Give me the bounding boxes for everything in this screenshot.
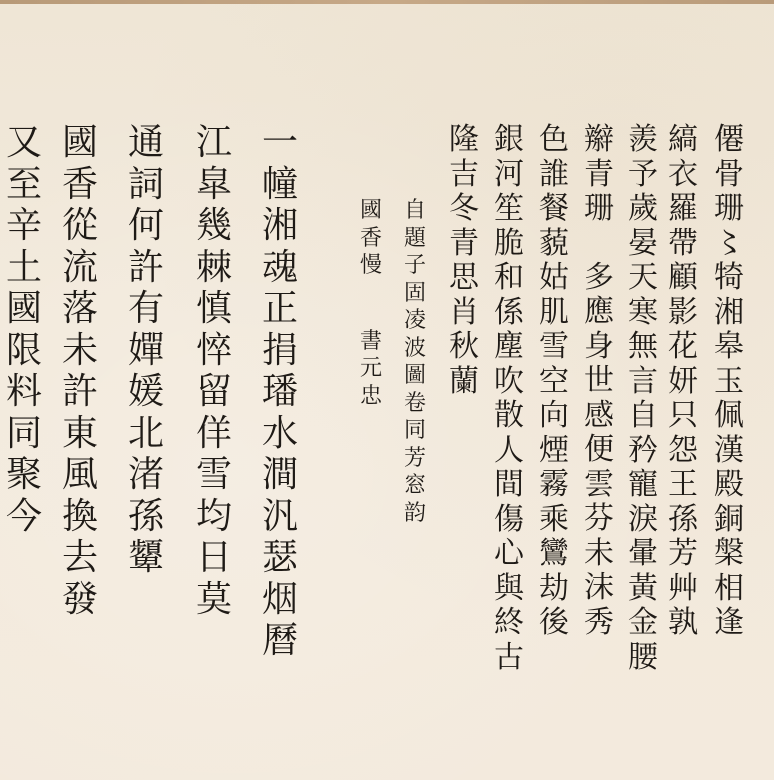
character: 予 [628, 160, 658, 195]
character: 花 [668, 332, 698, 367]
character: 傷 [494, 505, 524, 540]
character: 乘 [539, 505, 569, 540]
character: 世 [584, 366, 614, 401]
character: 羨 [628, 125, 658, 160]
character: 應 [584, 297, 614, 332]
character: 汎 [262, 499, 298, 541]
character: 腰 [628, 643, 658, 678]
character: 芬 [584, 504, 614, 539]
character: 空 [539, 367, 569, 402]
text-column: 銀河笙脆和係塵吹散人間傷心與終古 [494, 125, 524, 677]
text-column: 自題子固凌波圖卷同芳窓韵 [404, 200, 426, 530]
character: 王 [668, 470, 698, 505]
character: 澗 [262, 457, 298, 499]
character: 捐 [262, 333, 298, 375]
character: 犄 [714, 263, 744, 298]
character: 未 [584, 539, 614, 574]
text-column: 縞衣羅帶顧影花妍只怨王孫芳艸孰 [668, 125, 698, 643]
character: 發 [62, 582, 98, 624]
character: 忠 [360, 386, 382, 414]
character: 姑 [539, 263, 569, 298]
character: 只 [668, 401, 698, 436]
character: 黃 [628, 574, 658, 609]
character: 間 [494, 470, 524, 505]
character: 皐 [196, 167, 232, 209]
character: 許 [62, 374, 98, 416]
character: 槃 [714, 539, 744, 574]
text-column: 辮青珊多應身世感便雲芬未沫秀 [584, 125, 614, 642]
character: 香 [62, 167, 98, 209]
character: 國 [6, 291, 42, 333]
character: 同 [6, 416, 42, 458]
character: 逢 [714, 608, 744, 643]
character: 曆 [262, 623, 298, 665]
character: 一 [262, 125, 298, 167]
character: 寒 [628, 298, 658, 333]
character: 幾 [196, 208, 232, 250]
character: 思 [449, 263, 479, 298]
character: 孰 [668, 608, 698, 643]
character: 未 [62, 333, 98, 375]
character: 從 [62, 208, 98, 250]
character: 皋 [714, 332, 744, 367]
character: 凌 [404, 310, 426, 338]
character: 雪 [539, 332, 569, 367]
character: 青 [584, 160, 614, 195]
character: 心 [494, 539, 524, 574]
character: 棘 [196, 250, 232, 292]
character: 芳 [668, 539, 698, 574]
character: 湘 [262, 208, 298, 250]
character: 僊 [714, 125, 744, 160]
character: 聚 [6, 457, 42, 499]
character: 窓 [404, 475, 426, 503]
character: 衣 [668, 160, 698, 195]
text-column: 僊骨珊〻犄湘皋玉佩漢殿銅槃相逢 [714, 125, 744, 643]
character: 有 [128, 291, 164, 333]
text-column: 江皐幾棘慎悴留佯雪均日莫 [196, 125, 232, 623]
character: 瑟 [262, 540, 298, 582]
character: 青 [449, 229, 479, 264]
character: 正 [262, 291, 298, 333]
character: 縞 [668, 125, 698, 160]
character: 向 [539, 401, 569, 436]
character: 肖 [449, 298, 479, 333]
text-column: 色誰餐藐姑肌雪空向煙霧乘鸞劫後 [539, 125, 569, 643]
character: 自 [628, 401, 658, 436]
character: 沫 [584, 573, 614, 608]
character: 古 [494, 643, 524, 678]
character: 鸞 [539, 539, 569, 574]
character: 金 [628, 608, 658, 643]
character: 東 [62, 416, 98, 458]
character: 元 [360, 358, 382, 386]
character: 至 [6, 167, 42, 209]
character: 河 [494, 160, 524, 195]
character: 珊 [584, 194, 614, 229]
character: 蘭 [449, 367, 479, 402]
character: 渚 [128, 457, 164, 499]
character: 落 [62, 291, 98, 333]
character: 珊 [714, 194, 744, 229]
character: 自 [404, 200, 426, 228]
character: 艸 [668, 574, 698, 609]
character: 辛 [6, 208, 42, 250]
character: 佩 [714, 401, 744, 436]
character: 秀 [584, 608, 614, 643]
character: 孫 [668, 505, 698, 540]
text-column: 隆吉冬青思肖秋蘭 [449, 125, 479, 401]
character: 藐 [539, 229, 569, 264]
character: 多 [584, 263, 614, 298]
character: 均 [196, 499, 232, 541]
character: 無 [628, 332, 658, 367]
character: 同 [404, 420, 426, 448]
character: 怨 [668, 436, 698, 471]
character: 淚 [628, 505, 658, 540]
character: 書 [360, 331, 382, 359]
character: 卷 [404, 393, 426, 421]
character: 土 [6, 250, 42, 292]
character: 雲 [584, 470, 614, 505]
character: 北 [128, 416, 164, 458]
character: 烟 [262, 582, 298, 624]
character: 終 [494, 608, 524, 643]
text-column: 國香慢書元忠 [360, 200, 382, 413]
character: 辮 [584, 125, 614, 160]
character: 香 [360, 228, 382, 256]
character: 今 [6, 499, 42, 541]
character: 通 [128, 125, 164, 167]
character: 脆 [494, 229, 524, 264]
character: 江 [196, 125, 232, 167]
character: 璠 [262, 374, 298, 416]
character: 國 [360, 200, 382, 228]
character: 水 [262, 416, 298, 458]
character: 誰 [539, 160, 569, 195]
character: 子 [404, 255, 426, 283]
character: 佯 [196, 416, 232, 458]
character: 身 [584, 332, 614, 367]
character: 吉 [449, 160, 479, 195]
text-column: 國香從流落未許東風換去發 [62, 125, 98, 623]
character: 限 [6, 333, 42, 375]
text-column: 通詞何許有嬋媛北渚孫顰 [128, 125, 164, 582]
character: 天 [628, 263, 658, 298]
character: 便 [584, 435, 614, 470]
character: 何 [128, 208, 164, 250]
character: 銅 [714, 505, 744, 540]
character: 霧 [539, 470, 569, 505]
character: 孫 [128, 499, 164, 541]
character: 影 [668, 298, 698, 333]
character: 係 [494, 298, 524, 333]
character: 相 [714, 574, 744, 609]
character: 題 [404, 228, 426, 256]
character: 日 [196, 540, 232, 582]
character: 顰 [128, 540, 164, 582]
character: 幢 [262, 167, 298, 209]
character: 料 [6, 374, 42, 416]
character: 秋 [449, 332, 479, 367]
text-column: 羨予歲晏天寒無言自矜寵淚暈黃金腰 [628, 125, 658, 677]
character: 吹 [494, 367, 524, 402]
character: 韵 [404, 503, 426, 531]
character: 人 [494, 436, 524, 471]
character: 又 [6, 125, 42, 167]
character: 歲 [628, 194, 658, 229]
character: 波 [404, 338, 426, 366]
character: 劫 [539, 574, 569, 609]
character: 詞 [128, 167, 164, 209]
character: 隆 [449, 125, 479, 160]
character: 玉 [714, 367, 744, 402]
character: 圖 [404, 365, 426, 393]
character: 言 [628, 367, 658, 402]
character: 悴 [196, 333, 232, 375]
character: 湘 [714, 298, 744, 333]
character: 笙 [494, 194, 524, 229]
character: 和 [494, 263, 524, 298]
character: 銀 [494, 125, 524, 160]
character: 矜 [628, 436, 658, 471]
character: 媛 [128, 374, 164, 416]
character: 國 [62, 125, 98, 167]
character: 煙 [539, 436, 569, 471]
character: 肌 [539, 298, 569, 333]
character: 顧 [668, 263, 698, 298]
character: 慎 [196, 291, 232, 333]
character: 許 [128, 250, 164, 292]
character: 帶 [668, 229, 698, 264]
character: 色 [539, 125, 569, 160]
text-column: 一幢湘魂正捐璠水澗汎瑟烟曆 [262, 125, 298, 665]
character: 與 [494, 574, 524, 609]
character: 〻 [714, 229, 744, 264]
character: 芳 [404, 448, 426, 476]
character: 雪 [196, 457, 232, 499]
character: 固 [404, 283, 426, 311]
character: 殿 [714, 470, 744, 505]
character: 漢 [714, 436, 744, 471]
character: 莫 [196, 582, 232, 624]
character: 後 [539, 608, 569, 643]
character: 寵 [628, 470, 658, 505]
character: 流 [62, 250, 98, 292]
character: 晏 [628, 229, 658, 264]
character: 留 [196, 374, 232, 416]
character: 慢 [360, 255, 382, 283]
character: 去 [62, 540, 98, 582]
character: 嬋 [128, 333, 164, 375]
character: 妍 [668, 367, 698, 402]
text-column: 又至辛土國限料同聚今 [6, 125, 42, 540]
character: 風 [62, 457, 98, 499]
character: 暈 [628, 539, 658, 574]
character: 冬 [449, 194, 479, 229]
character: 感 [584, 401, 614, 436]
character: 換 [62, 499, 98, 541]
character: 散 [494, 401, 524, 436]
character: 骨 [714, 160, 744, 195]
character: 餐 [539, 194, 569, 229]
character: 魂 [262, 250, 298, 292]
character: 羅 [668, 194, 698, 229]
character: 塵 [494, 332, 524, 367]
